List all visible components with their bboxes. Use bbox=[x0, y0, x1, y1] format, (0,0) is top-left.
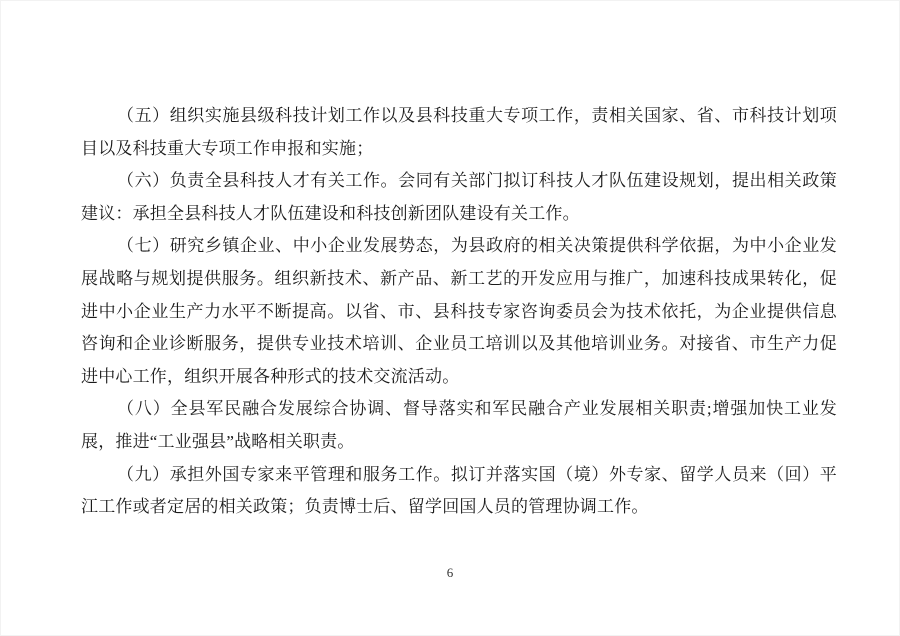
page-number: 6 bbox=[1, 565, 899, 581]
paragraph-item-7: （七）研究乡镇企业、中小企业发展势态，为县政府的相关决策提供科学依据，为中小企业… bbox=[81, 230, 837, 393]
paragraph-item-9: （九）承担外国专家来平管理和服务工作。拟订并落实国（境）外专家、留学人员来（回）… bbox=[81, 459, 837, 524]
paragraph-item-6: （六）负责全县科技人才有关工作。会同有关部门拟订科技人才队伍建设规划，提出相关政… bbox=[81, 165, 837, 230]
paragraph-item-5: （五）组织实施县级科技计划工作以及县科技重大专项工作，责相关国家、省、市科技计划… bbox=[81, 100, 837, 165]
document-page: （五）组织实施县级科技计划工作以及县科技重大专项工作，责相关国家、省、市科技计划… bbox=[0, 0, 900, 636]
paragraph-item-8: （八）全县军民融合发展综合协调、督导落实和军民融合产业发展相关职责;增强加快工业… bbox=[81, 393, 837, 458]
document-body: （五）组织实施县级科技计划工作以及县科技重大专项工作，责相关国家、省、市科技计划… bbox=[81, 100, 837, 524]
